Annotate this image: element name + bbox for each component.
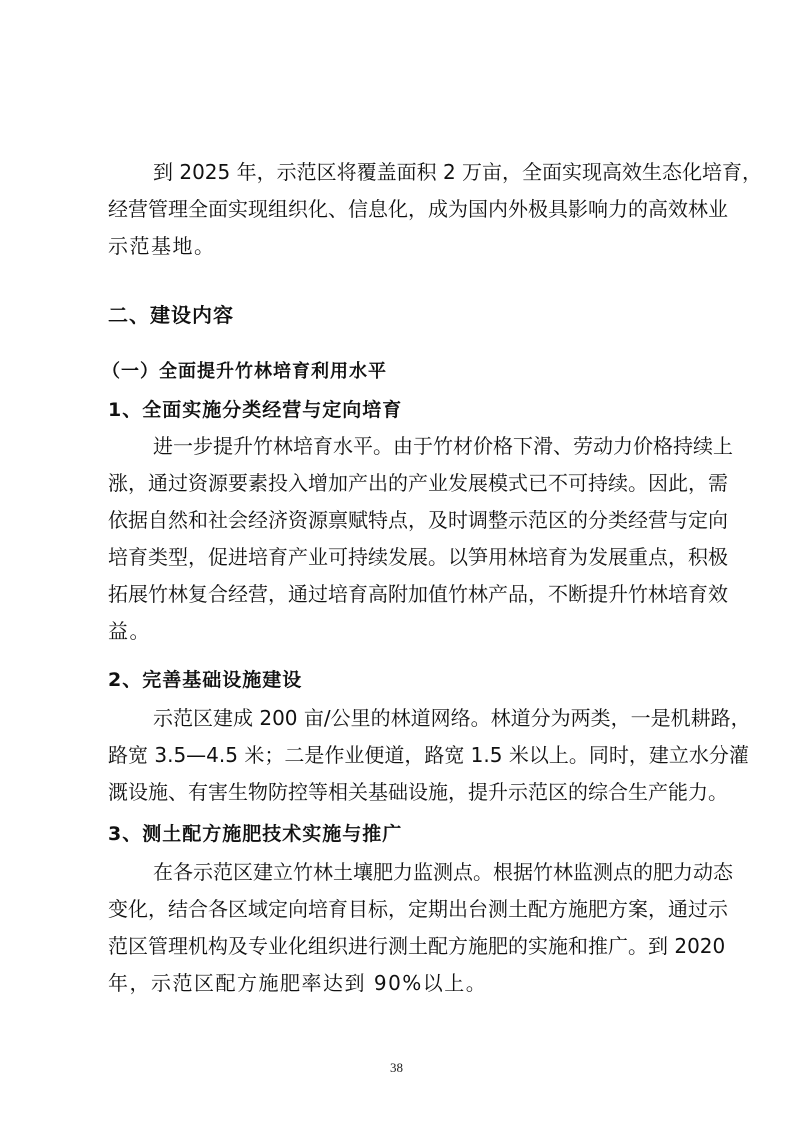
paragraph-line: 培育类型，促进培育产业可持续发展。以笋用林培育为发展重点，积极 [108,545,683,569]
paragraph-line: 示范基地。 [108,234,216,258]
paragraph-line: 路宽 3.5—4.5 米；二是作业便道，路宽 1.5 米以上。同时，建立水分灌 [108,743,683,767]
paragraph-line: 进一步提升竹林培育水平。由于竹材价格下滑、劳动力价格持续上 [153,434,683,458]
paragraph-line: 依据自然和社会经济资源禀赋特点，及时调整示范区的分类经营与定向 [108,508,683,532]
item-heading: 2、完善基础设施建设 [108,668,302,692]
paragraph-line: 经营管理全面实现组织化、信息化，成为国内外极具影响力的高效林业 [108,197,683,221]
paragraph-line: 变化，结合各区域定向培育目标，定期出台测土配方施肥方案，通过示 [108,897,683,921]
paragraph-line: 溉设施、有害生物防控等相关基础设施，提升示范区的综合生产能力。 [108,780,683,804]
document-page: 到 2025 年，示范区将覆盖面积 2 万亩，全面实现高效生态化培育， 经营管理… [0,0,793,1122]
paragraph-line: 涨，通过资源要素投入增加产出的产业发展模式已不可持续。因此，需 [108,471,683,495]
paragraph-line: 范区管理机构及专业化组织进行测土配方施肥的实施和推广。到 2020 [108,934,683,958]
section-heading: 二、建设内容 [108,303,234,327]
paragraph-line: 示范区建成 200 亩/公里的林道网络。林道分为两类，一是机耕路， [153,706,683,730]
paragraph-line: 拓展竹林复合经营，通过培育高附加值竹林产品，不断提升竹林培育效 [108,582,683,606]
item-heading: 3、测土配方施肥技术实施与推广 [108,822,402,846]
paragraph-line: 在各示范区建立竹林土壤肥力监测点。根据竹林监测点的肥力动态 [153,860,683,884]
paragraph-line: 益。 [108,619,151,643]
page-number: 38 [0,1060,793,1076]
paragraph-line: 到 2025 年，示范区将覆盖面积 2 万亩，全面实现高效生态化培育， [153,160,683,184]
item-heading: 1、全面实施分类经营与定向培育 [108,398,402,422]
paragraph-line: 年，示范区配方施肥率达到 90%以上。 [108,971,487,995]
subsection-heading: （一）全面提升竹林培育利用水平 [102,360,387,384]
